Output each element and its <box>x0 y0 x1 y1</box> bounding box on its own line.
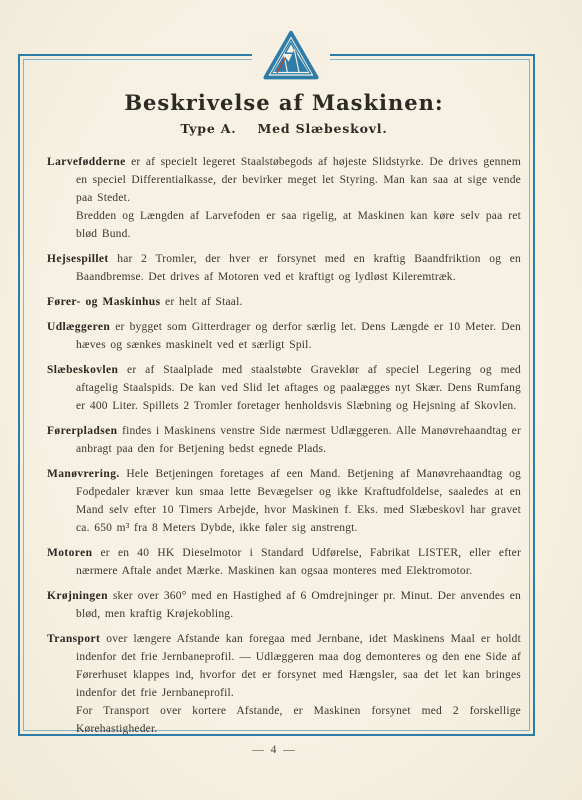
page-title: Beskrivelse af Maskinen: <box>47 90 521 115</box>
paragraph-term: Larvefødderne <box>47 156 126 168</box>
logo-triangle-mountain-icon <box>263 30 319 82</box>
paragraph-text: over længere Afstande kan foregaa med Je… <box>76 633 521 699</box>
paragraph-manoevrering: Manøvrering. Hele Betjeningen foretages … <box>47 465 521 537</box>
paragraph-slaebeskovlen: Slæbeskovlen er af Staalplade med staals… <box>47 361 521 415</box>
subtitle-type: Type A. <box>181 121 237 136</box>
paragraph-larvefoedderne: Larvefødderne er af specielt legeret Sta… <box>47 153 521 243</box>
paragraph-transport: Transport over længere Afstande kan fore… <box>47 630 521 738</box>
paragraph-motoren: Motoren er en 40 HK Dieselmotor i Standa… <box>47 544 521 580</box>
paragraph-text: Hele Betjeningen foretages af een Mand. … <box>76 468 521 534</box>
paragraph-foerer-og-maskinhus: Fører- og Maskinhus er helt af Staal. <box>47 293 521 311</box>
paragraph-text-continuation: For Transport over kortere Afstande, er … <box>76 702 521 738</box>
paragraph-text: findes i Maskinens venstre Side nærmest … <box>76 425 521 455</box>
paragraph-kroejningen: Krøjningen sker over 360° med en Hastigh… <box>47 587 521 623</box>
subtitle-variant: Med Slæbeskovl. <box>258 121 388 136</box>
paragraph-hejsespillet: Hejsespillet har 2 Tromler, der hver er … <box>47 250 521 286</box>
paragraph-list: Larvefødderne er af specielt legeret Sta… <box>47 153 521 738</box>
paragraph-term: Hejsespillet <box>47 253 109 265</box>
paragraph-foererpladsen: Førerpladsen findes i Maskinens venstre … <box>47 422 521 458</box>
paragraph-term: Transport <box>47 633 100 645</box>
paragraph-text: er helt af Staal. <box>165 296 243 308</box>
company-logo <box>252 30 330 82</box>
paragraph-text: har 2 Tromler, der hver er forsynet med … <box>76 253 521 283</box>
paragraph-text: sker over 360° med en Hastighed af 6 Omd… <box>76 590 521 620</box>
paragraph-text: er bygget som Gitterdrager og derfor sær… <box>76 321 521 351</box>
paragraph-term: Krøjningen <box>47 590 108 602</box>
page-subtitle: Type A. Med Slæbeskovl. <box>47 121 521 136</box>
paragraph-udlaeggeren: Udlæggeren er bygget som Gitterdrager og… <box>47 318 521 354</box>
paragraph-term: Udlæggeren <box>47 321 110 333</box>
paragraph-term: Fører- og Maskinhus <box>47 296 160 308</box>
paragraph-term: Slæbeskovlen <box>47 364 118 376</box>
paragraph-term: Manøvrering. <box>47 468 120 480</box>
document-page: Beskrivelse af Maskinen: Type A. Med Slæ… <box>0 0 582 800</box>
page-number: — 4 — <box>18 744 531 756</box>
paragraph-text-continuation: Bredden og Længden af Larvefoden er saa … <box>76 207 521 243</box>
paragraph-term: Motoren <box>47 547 92 559</box>
paragraph-text: er af Staalplade med staalstøbte Gravekl… <box>76 364 521 412</box>
document-body: Beskrivelse af Maskinen: Type A. Med Slæ… <box>47 90 521 745</box>
paragraph-text: er en 40 HK Dieselmotor i Standard Udfør… <box>76 547 521 577</box>
paragraph-text: er af specielt legeret Staalstøbegods af… <box>76 156 521 204</box>
paragraph-term: Førerpladsen <box>47 425 117 437</box>
